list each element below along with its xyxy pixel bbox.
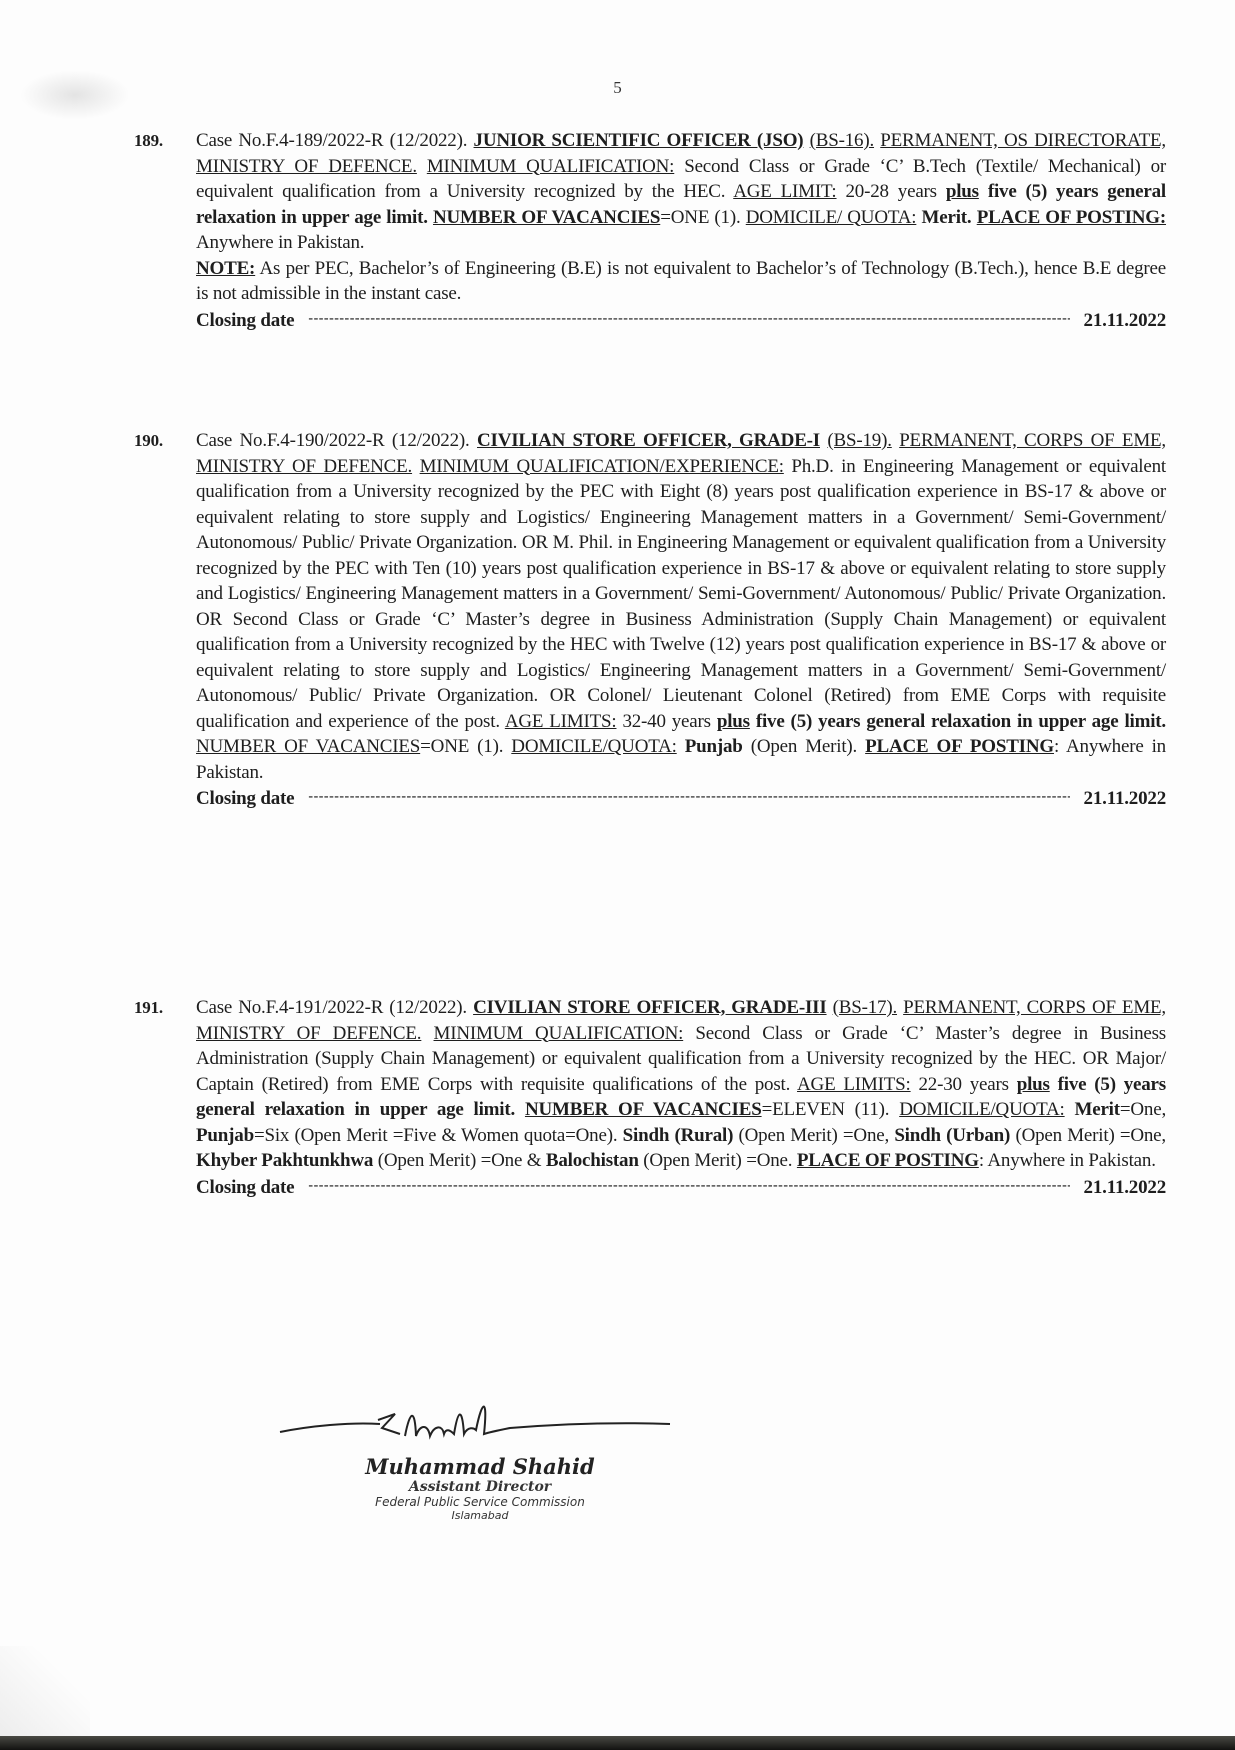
domicile-province: Punjab — [685, 736, 743, 757]
posting-text: Anywhere in Pakistan. — [196, 232, 364, 253]
posting-label: PLACE OF POSTING: — [977, 207, 1166, 228]
entry-number: 190. — [134, 428, 163, 454]
signature-block: Muhammad Shahid Assistant Director Feder… — [270, 1390, 690, 1522]
closing-date: 21.11.2022 — [1084, 308, 1166, 334]
qualification-text: Ph.D. in Engineering Management or equiv… — [196, 456, 1166, 732]
signatory-title: Assistant Director — [270, 1479, 690, 1495]
quota-sindh-urban: Sindh (Urban) — [894, 1125, 1010, 1146]
quota-sindh-urban-value: (Open Merit) =One, — [1015, 1125, 1166, 1146]
vacancies-text: =ELEVEN (11). — [762, 1099, 890, 1120]
quota-merit-value: =One, — [1120, 1099, 1166, 1120]
closing-date-label: Closing date — [196, 308, 294, 334]
scan-bottom-edge — [0, 1736, 1235, 1750]
closing-date: 21.11.2022 — [1084, 1175, 1166, 1201]
note-label: NOTE: — [196, 258, 255, 279]
closing-date-row: Closing date ---------------------------… — [196, 1175, 1166, 1203]
vacancy-entry-190: 190. Case No.F.4-190/2022-R (12/2022). C… — [134, 428, 1166, 814]
signatory-organization: Federal Public Service Commission — [270, 1495, 690, 1509]
leader-dashes: ----------------------------------------… — [308, 1173, 1069, 1199]
age-limit-label: AGE LIMITS: — [505, 711, 617, 732]
relaxation-text: five (5) years general relaxation in upp… — [756, 711, 1166, 732]
quota-punjab-value: =Six (Open Merit =Five & Women quota=One… — [254, 1125, 617, 1146]
age-limit-text: 22-30 years — [919, 1074, 1009, 1095]
leader-dashes: ----------------------------------------… — [308, 784, 1069, 810]
quota-balochistan: Balochistan — [546, 1150, 639, 1171]
closing-date-row: Closing date ---------------------------… — [196, 308, 1166, 336]
scan-shadow — [0, 1646, 90, 1736]
age-limit-label: AGE LIMITS: — [797, 1074, 911, 1095]
case-number: Case No.F.4-191/2022-R (12/2022). — [196, 997, 467, 1018]
quota-balochistan-value: (Open Merit) =One. — [643, 1150, 792, 1171]
entry-number: 189. — [134, 128, 163, 154]
pay-scale: (BS-16). — [810, 130, 874, 151]
plus-label: plus — [1017, 1074, 1050, 1095]
domicile-label: DOMICILE/QUOTA: — [899, 1099, 1064, 1120]
entry-number: 191. — [134, 995, 163, 1021]
quota-merit: Merit — [1074, 1099, 1119, 1120]
age-limit-text: 32-40 years — [622, 711, 710, 732]
quota-sindh-rural: Sindh (Rural) — [623, 1125, 734, 1146]
post-title: CIVILIAN STORE OFFICER, GRADE-I — [477, 430, 820, 451]
quota-punjab: Punjab — [196, 1125, 254, 1146]
qualification-label: MINIMUM QUALIFICATION: — [427, 156, 674, 177]
domicile-label: DOMICILE/QUOTA: — [511, 736, 676, 757]
age-limit-text: 20-28 years — [846, 181, 937, 202]
posting-label: PLACE OF POSTING — [797, 1150, 979, 1171]
qualification-label: MINIMUM QUALIFICATION/EXPERIENCE: — [420, 456, 784, 477]
age-limit-label: AGE LIMIT: — [733, 181, 836, 202]
qualification-label: MINIMUM QUALIFICATION: — [434, 1023, 684, 1044]
vacancy-entry-189: 189. Case No.F.4-189/2022-R (12/2022). J… — [134, 128, 1166, 335]
closing-date-label: Closing date — [196, 1175, 294, 1201]
plus-label: plus — [717, 711, 750, 732]
domicile-label: DOMICILE/ QUOTA: — [746, 207, 917, 228]
leader-dashes: ----------------------------------------… — [308, 306, 1069, 332]
vacancies-text: =ONE (1). — [420, 736, 503, 757]
pay-scale: (BS-19). — [827, 430, 891, 451]
post-title: JUNIOR SCIENTIFIC OFFICER (JSO) — [474, 130, 804, 151]
page-number: 5 — [0, 78, 1235, 98]
posting-label: PLACE OF POSTING — [865, 736, 1054, 757]
quota-kpk: Khyber Pakhtunkhwa — [196, 1150, 373, 1171]
vacancies-label: NUMBER OF VACANCIES — [433, 207, 660, 228]
plus-label: plus — [946, 181, 979, 202]
vacancies-text: =ONE (1). — [660, 207, 740, 228]
case-number: Case No.F.4-190/2022-R (12/2022). — [196, 430, 470, 451]
post-title: CIVILIAN STORE OFFICER, GRADE-III — [473, 997, 826, 1018]
note-text: As per PEC, Bachelor’s of Engineering (B… — [196, 258, 1166, 305]
signatory-city: Islamabad — [270, 1509, 690, 1522]
vacancies-label: NUMBER OF VACANCIES — [196, 736, 420, 757]
pay-scale: (BS-17). — [833, 997, 897, 1018]
domicile-text: (Open Merit). — [751, 736, 857, 757]
handwritten-signature-icon — [270, 1390, 690, 1450]
closing-date-label: Closing date — [196, 786, 294, 812]
signatory-name: Muhammad Shahid — [270, 1454, 690, 1479]
domicile-text: Merit. — [922, 207, 972, 228]
closing-date-row: Closing date ---------------------------… — [196, 786, 1166, 814]
vacancies-label: NUMBER OF VACANCIES — [525, 1099, 762, 1120]
closing-date: 21.11.2022 — [1084, 786, 1166, 812]
posting-text: : Anywhere in Pakistan. — [979, 1150, 1156, 1171]
case-number: Case No.F.4-189/2022-R (12/2022). — [196, 130, 467, 151]
vacancy-entry-191: 191. Case No.F.4-191/2022-R (12/2022). C… — [134, 995, 1166, 1202]
quota-sindh-rural-value: (Open Merit) =One, — [739, 1125, 890, 1146]
quota-kpk-value: (Open Merit) =One & — [378, 1150, 542, 1171]
